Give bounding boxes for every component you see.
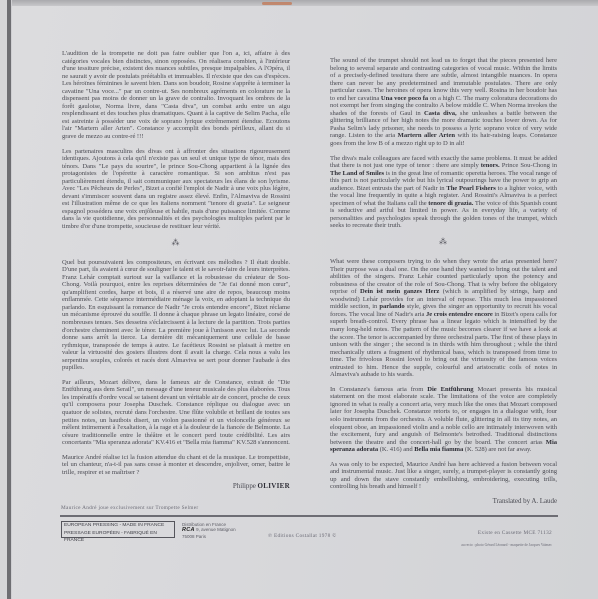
tape-mark [262,2,292,5]
translator-credit: Translated by A. Laude [330,498,557,506]
french-paragraph: Par ailleurs, Mozart délivre, dans le fa… [62,379,290,447]
rca-logo: RCA [182,527,195,533]
author-last-name: OLIVIER [258,482,290,490]
french-paragraph: Quel but poursuivaient les compositeurs,… [62,259,290,372]
french-paragraph: Maurice André réalise ici la fusion atte… [62,454,290,477]
english-paragraph: What were these composers trying to do w… [330,258,557,379]
author-signature: Philippe OLIVIER [62,483,290,491]
cover-credits: au recto : photo Gérard Léonard - maquet… [461,543,552,547]
distribution-city: 75008 Paris [182,534,236,539]
french-paragraph: L'audition de la trompette ne doit pas f… [62,50,290,141]
cassette-note: Existe en Cassette MCE 71132 [478,530,552,536]
distribution-info: Distribution en France RCA 9, avenue Mat… [182,522,236,539]
english-paragraph: The sound of the trumpet should not lead… [330,57,557,148]
editions-copyright: ℗ Editions Costallat 1978 © [268,533,337,539]
pressing-box: EUROPEAN PRESSING - MADE IN FRANCE PRESS… [61,521,175,538]
asterism-separator: ⁂ [330,238,557,246]
french-paragraph: Les partenaires masculins des divas ont … [62,148,290,231]
pressing-line-fr: PRESSAGE EUROPÉEN - FABRIQUÉ EN FRANCE [64,530,172,545]
pressing-line-en: EUROPEAN PRESSING - MADE IN FRANCE [64,522,172,530]
distribution-address: 9, avenue Matignon [196,527,236,532]
asterism-separator: ⁂ [62,239,290,247]
english-paragraph: In Constanze's famous aria from Die Entf… [330,386,557,454]
selmer-note: Maurice André joue exclusivement sur Tro… [61,505,198,511]
english-paragraph: As was only to be expected, Maurice Andr… [330,461,557,491]
french-notes-column: L'audition de la trompette ne doit pas f… [62,50,290,491]
footer-rule [60,515,558,517]
author-first-name: Philippe [233,482,256,490]
english-notes-column: The sound of the trumpet should not lead… [330,57,557,505]
english-paragraph: The diva's male colleagues are faced wit… [330,155,557,230]
sleeve-spine-edge [0,0,12,599]
